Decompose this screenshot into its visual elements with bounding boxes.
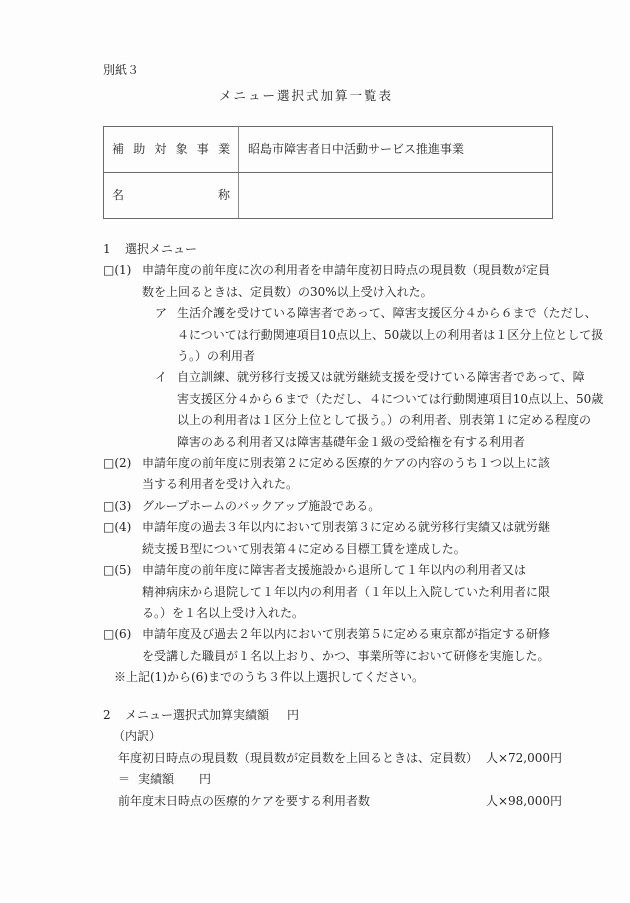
breakdown-medical-text: 前年度末日時点の医療的ケアを要する利用者数 bbox=[118, 791, 370, 812]
breakdown-row-medical-care: 前年度末日時点の医療的ケアを要する利用者数 人×98,000円 bbox=[118, 791, 562, 812]
checkbox-5[interactable]: □(5) bbox=[103, 560, 142, 624]
checklist-item-4-text: 申請年度の過去３年以内において別表第３に定める就労移行実績又は就労継 続支援Ｂ型… bbox=[142, 517, 615, 560]
subsidy-project-label: 補助対象事業 bbox=[112, 127, 230, 172]
checkbox-3[interactable]: □(3) bbox=[103, 496, 142, 517]
page-title: メニュー選択式加算一覧表 bbox=[0, 85, 612, 106]
checklist-item-1-text: 申請年度の前年度に次の利用者を申請年度初日時点の現員数（現員数が定員 数を上回る… bbox=[142, 260, 615, 303]
table-row-name: 名称 bbox=[104, 173, 553, 219]
checklist-item-1: □(1) 申請年度の前年度に次の利用者を申請年度初日時点の現員数（現員数が定員 … bbox=[103, 260, 615, 303]
checklist-item-2-text: 申請年度の前年度に別表第２に定める医療的ケアの内容のうち１つ以上に該 当する利用… bbox=[142, 453, 615, 496]
breakdown-row-members: 年度初日時点の現員数（現員数が定員数を上回るときは、定員数） 人×72,000円 bbox=[118, 748, 562, 769]
section2-heading-unit: 円 bbox=[287, 705, 299, 726]
selection-note: ※上記(1)から(6)までのうち３件以上選択してください。 bbox=[114, 667, 615, 688]
attachment-label: 別紙３ bbox=[103, 60, 139, 81]
checkbox-6[interactable]: □(6) bbox=[103, 624, 142, 667]
name-label: 名称 bbox=[112, 173, 230, 218]
name-value-cell[interactable] bbox=[239, 173, 553, 219]
breakdown-medical-unit: 人×98,000円 bbox=[486, 791, 562, 812]
subsidy-project-value: 昭島市障害者日中活動サービス推進事業 bbox=[239, 127, 553, 173]
checklist-item-6: □(6) 申請年度及び過去２年以内において別表第５に定める東京都が指定する研修 … bbox=[103, 624, 615, 667]
subitem-a: ア 生活介護を受けている障害者であって、障害支援区分４から６まで（ただし、 ４に… bbox=[155, 303, 615, 367]
section1-heading: 1 選択メニュー bbox=[103, 239, 615, 260]
breakdown-members-text: 年度初日時点の現員数（現員数が定員数を上回るときは、定員数） bbox=[118, 748, 478, 769]
section-addition-amount: 2 メニュー選択式加算実績額 円 （内訳） 年度初日時点の現員数（現員数が定員数… bbox=[103, 705, 573, 812]
section2-heading: 2 メニュー選択式加算実績額 円 bbox=[103, 705, 573, 726]
table-row-subsidy-project: 補助対象事業 昭島市障害者日中活動サービス推進事業 bbox=[104, 127, 553, 173]
subitem-a-marker: ア bbox=[155, 303, 177, 367]
breakdown-members-unit: 人×72,000円 bbox=[486, 748, 562, 769]
result-amount-label: 実績額 bbox=[138, 769, 174, 790]
section2-heading-label: メニュー選択式加算実績額 bbox=[125, 705, 269, 726]
subitem-i: イ 自立訓練、就労移行支援又は就労継続支援を受けている障害者であって、障 害支援… bbox=[155, 367, 615, 453]
checklist-item-4: □(4) 申請年度の過去３年以内において別表第３に定める就労移行実績又は就労継 … bbox=[103, 517, 615, 560]
checkbox-1[interactable]: □(1) bbox=[103, 260, 142, 303]
checklist-item-5: □(5) 申請年度の前年度に障害者支援施設から退所して１年以内の利用者又は 精神… bbox=[103, 560, 615, 624]
subitem-a-text: 生活介護を受けている障害者であって、障害支援区分４から６まで（ただし、 ４につい… bbox=[177, 303, 615, 367]
checklist-item-2: □(2) 申請年度の前年度に別表第２に定める医療的ケアの内容のうち１つ以上に該 … bbox=[103, 453, 615, 496]
checklist-item-6-text: 申請年度及び過去２年以内において別表第５に定める東京都が指定する研修 を受講した… bbox=[142, 624, 615, 667]
section-select-menu: 1 選択メニュー □(1) 申請年度の前年度に次の利用者を申請年度初日時点の現員… bbox=[103, 239, 615, 689]
section2-number: 2 bbox=[103, 705, 125, 726]
checklist-item-3-text: グループホームのバックアップ施設である。 bbox=[142, 496, 615, 517]
subitem-i-marker: イ bbox=[155, 367, 177, 453]
checklist-item-3: □(3) グループホームのバックアップ施設である。 bbox=[103, 496, 615, 517]
equals-sign: ＝ bbox=[118, 769, 130, 790]
result-amount-unit: 円 bbox=[199, 769, 211, 790]
checkbox-4[interactable]: □(4) bbox=[103, 517, 142, 560]
checkbox-2[interactable]: □(2) bbox=[103, 453, 142, 496]
section1-number: 1 bbox=[103, 239, 125, 260]
breakdown-row-result: ＝ 実績額 円 bbox=[118, 769, 562, 790]
subitem-i-text: 自立訓練、就労移行支援又は就労継続支援を受けている障害者であって、障 害支援区分… bbox=[177, 367, 615, 453]
info-table: 補助対象事業 昭島市障害者日中活動サービス推進事業 名称 bbox=[103, 126, 553, 219]
checklist-item-5-text: 申請年度の前年度に障害者支援施設から退所して１年以内の利用者又は 精神病床から退… bbox=[142, 560, 615, 624]
document-page: 別紙３ メニュー選択式加算一覧表 補助対象事業 昭島市障害者日中活動サービス推進… bbox=[0, 0, 630, 903]
section1-heading-label: 選択メニュー bbox=[125, 239, 197, 260]
breakdown-label: （内訳） bbox=[113, 726, 573, 747]
